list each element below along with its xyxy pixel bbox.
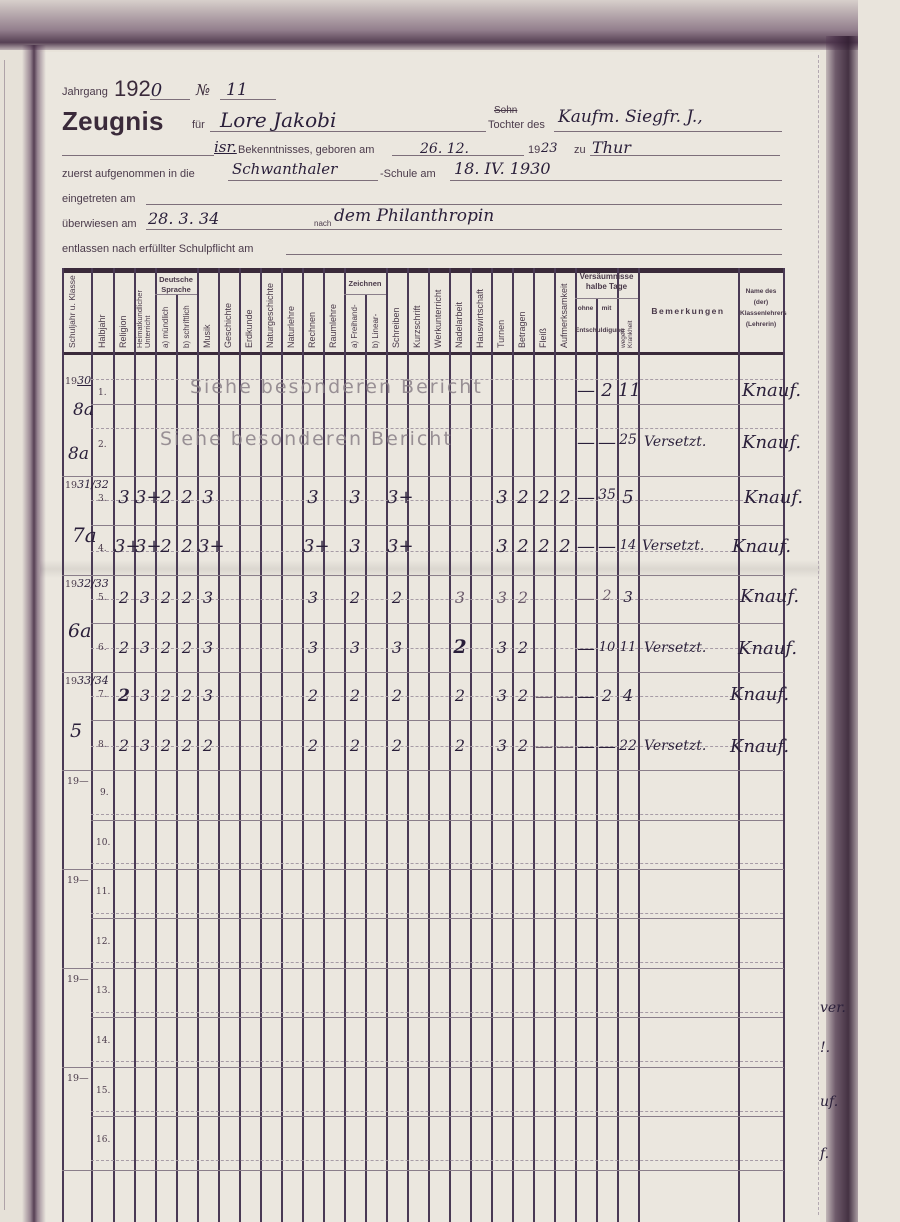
grade-muendlich: 2 (156, 487, 176, 508)
klasse-5: 5 (70, 720, 82, 742)
row-line (91, 820, 783, 821)
grade-krank: 25 (618, 432, 638, 448)
grade-heimat: 3+ (135, 536, 155, 557)
teacher-signature: Knauf. (730, 684, 789, 705)
year-line (62, 575, 784, 576)
zu-label: zu (574, 144, 586, 156)
paper-edge-perforation (818, 55, 819, 1215)
year-line (62, 476, 784, 477)
teacher-signature: Knauf. (730, 736, 789, 757)
grade-nadelarbeit: 2 (450, 736, 470, 755)
grade-heimat: 3 (135, 588, 155, 607)
col-header-betragen: Betragen (517, 276, 527, 348)
versaeumnisse-rule (575, 298, 638, 299)
col-header-ohne: ohne (575, 304, 596, 314)
col-header-schreiben: Schreiben (391, 276, 401, 348)
grade-krank: 5 (618, 487, 638, 508)
grade-religion: 2 (114, 736, 134, 755)
row-line (91, 918, 783, 919)
grade-religion: 2 (114, 638, 134, 657)
grade-heimat: 3 (135, 686, 155, 705)
year-line (62, 869, 784, 870)
confession-underline-left (62, 155, 214, 156)
halbjahr-8: 8. (98, 740, 107, 750)
ueberwiesen-date: 28. 3. 34 (148, 209, 219, 228)
col-header-turnen: Turnen (496, 276, 506, 348)
underlying-page-scribble: ver. (820, 1000, 846, 1016)
aufgenommen-date-underline (450, 180, 782, 181)
grade-nadelarbeit: 3 (450, 588, 470, 607)
group-header-versaeumnisse: Versäumnisse halbe Tage (575, 272, 638, 292)
grade-betragen: 2 (513, 736, 533, 755)
col-line (239, 268, 241, 1222)
col-header-heimat: Heimatkundlicher Unterricht (136, 276, 154, 348)
group-header-zeichnen: Zeichnen (344, 279, 386, 289)
halbjahr-6: 6. (98, 643, 107, 653)
ueberwiesen-label: überwiesen am (62, 218, 137, 230)
grade-schriftlich: 2 (177, 536, 197, 557)
grade-betragen: 2 (513, 536, 533, 557)
number-sign: № (196, 81, 210, 99)
jahrgang-year-hand: 0 (151, 80, 162, 101)
col-header-halbjahr: Halbjahr (97, 276, 107, 348)
grade-rechnen: 2 (303, 686, 323, 705)
schuljahr-1933-34: 1933/34 (65, 674, 109, 687)
halbjahr-1: 1. (98, 388, 107, 398)
col-header-schuljahr: Schuljahr u. Klasse (68, 276, 77, 348)
grade-turnen: 3 (492, 686, 512, 705)
klasse-8a-1: 8a (73, 400, 94, 420)
row-midline (91, 1160, 783, 1161)
birth-date-underline (392, 155, 524, 156)
grade-ohne: — (576, 432, 596, 453)
underlying-page-scribble: !. (820, 1040, 830, 1056)
col-line (218, 268, 220, 1222)
grade-krank: 11 (618, 640, 638, 655)
table-header-rule (62, 352, 784, 355)
remark-versetzt: Versetzt. (644, 434, 706, 450)
grade-rechnen: 3 (303, 588, 323, 607)
row-midline (91, 913, 783, 914)
col-header-aufmerksamkeit: Aufmerksamkeit (559, 276, 569, 348)
grade-religion: 2 (114, 686, 134, 706)
jahrgang-label: Jahrgang (62, 86, 108, 98)
grade-schreiben: 2 (387, 686, 407, 705)
col-line (260, 268, 262, 1222)
col-line (638, 268, 640, 1222)
row-midline (91, 1111, 783, 1112)
remark-versetzt: Versetzt. (644, 640, 706, 656)
sohn-label-struck: Sohn (494, 105, 517, 116)
year-line (62, 770, 784, 771)
grade-freihand: 3 (345, 536, 365, 557)
col-header-naturgeschichte: Naturgeschichte (265, 276, 275, 348)
halbjahr-15: 15. (96, 1086, 110, 1096)
stamp-besonderer-bericht: Siehe besonderen Bericht (160, 428, 453, 450)
entlassen-label: entlassen nach erfüllter Schulpflicht am (62, 243, 253, 255)
klasse-8a-2: 8a (68, 444, 89, 464)
halbjahr-13: 13. (96, 986, 110, 996)
stamp-besonderer-bericht: Siehe besonderen Bericht (190, 376, 483, 398)
grade-betragen: 2 (513, 638, 533, 657)
remark-versetzt: Versetzt. (642, 538, 704, 554)
birth-place-underline (590, 155, 780, 156)
grade-fleiss: — (534, 686, 554, 707)
schuljahr-1932-33: 1932/33 (65, 577, 109, 590)
grade-schriftlich: 2 (177, 588, 197, 607)
klasse-6a: 6a (68, 620, 91, 642)
ueberwiesen-to-school: dem Philanthropin (334, 206, 494, 226)
grade-mit: 2 (597, 686, 617, 705)
grade-schreiben: 3+ (387, 487, 407, 508)
grade-fleiss: 2 (534, 536, 554, 557)
year-line (62, 968, 784, 969)
grade-schreiben: 3 (387, 638, 407, 657)
entlassen-underline (286, 254, 782, 255)
grade-krank: 3 (618, 588, 638, 606)
halbjahr-2: 2. (98, 440, 107, 450)
grade-rechnen: 3 (303, 638, 323, 657)
grade-rechnen: 3+ (303, 536, 323, 557)
scan-top-shadow (0, 0, 900, 50)
row-line (91, 404, 783, 405)
scan-right-frame (826, 36, 858, 1222)
grade-muendlich: 2 (156, 536, 176, 557)
schule-am-label: -Schule am (380, 168, 436, 180)
grade-betragen: 2 (513, 686, 533, 705)
year-line (62, 1067, 784, 1068)
grade-mit: — (597, 736, 617, 757)
grade-mit: 10 (597, 640, 617, 655)
scan-edge-line (4, 60, 5, 1210)
grade-ohne: — (576, 686, 596, 707)
col-line (281, 268, 283, 1222)
col-header-lehrer: Name des (der) Klassenlehrers (Lehrerin) (740, 286, 782, 330)
confession-value: isr. (214, 138, 237, 156)
grade-krank: 22 (618, 738, 638, 754)
grade-aufmerksamkeit: 2 (555, 536, 575, 557)
col-header-fleiss: Fleiß (538, 276, 548, 348)
halbjahr-14: 14. (96, 1036, 110, 1046)
scan-binding-shadow (22, 45, 46, 1222)
teacher-signature: Knauf. (742, 380, 801, 401)
grade-freihand: 3 (345, 638, 365, 657)
aufgenommen-label: zuerst aufgenommen in die (62, 168, 195, 180)
col-line (470, 268, 472, 1222)
grade-musik: 2 (198, 736, 218, 755)
col-line (62, 268, 64, 1222)
number-underline (220, 99, 276, 100)
grade-heimat: 3 (135, 638, 155, 657)
group-header-deutsche-sprache: Deutsche Sprache (155, 275, 197, 295)
table-top-rule (62, 268, 784, 273)
col-header-muendlich: a) mündlich (161, 298, 170, 348)
grade-ohne: — (576, 638, 596, 659)
teacher-signature: Knauf. (732, 536, 791, 557)
birth-year-hand: 23 (541, 141, 558, 156)
grade-schreiben: 2 (387, 736, 407, 755)
eingetreten-underline (146, 204, 782, 205)
schuljahr-blank: 19— (67, 974, 89, 985)
schuljahr-1931-32: 1931/32 (65, 478, 109, 491)
grade-fleiss: — (534, 736, 554, 757)
halbjahr-3: 3. (98, 494, 107, 504)
grade-schreiben: 3+ (387, 536, 407, 557)
col-header-erdkunde: Erdkunde (244, 276, 254, 348)
grade-musik: 3 (198, 638, 218, 657)
certificate-title: Zeugnis (62, 106, 164, 137)
grade-turnen: 3 (492, 736, 512, 755)
school-name: Schwanthaler (232, 160, 337, 178)
col-header-mit: mit (596, 304, 617, 314)
col-header-bemerkungen: Bemerkungen (638, 306, 738, 316)
grade-ohne: — (576, 736, 596, 757)
grade-freihand: 2 (345, 686, 365, 705)
row-line (91, 1017, 783, 1018)
halbjahr-11: 11. (96, 887, 110, 897)
grade-schreiben: 2 (387, 588, 407, 607)
tochter-label: Tochter des (488, 119, 545, 131)
grade-schriftlich: 2 (177, 686, 197, 705)
halbjahr-5: 5. (98, 593, 107, 603)
grade-schriftlich: 2 (177, 638, 197, 657)
certificate-number: 11 (226, 80, 248, 100)
halbjahr-9: 9. (100, 788, 109, 798)
row-line (91, 525, 783, 526)
ueberwiesen-underline (146, 229, 782, 230)
grade-heimat: 3+ (135, 487, 155, 508)
fuer-label: für (192, 119, 205, 131)
grade-rechnen: 3 (303, 487, 323, 508)
zeichnen-rule (344, 294, 386, 295)
grade-fleiss: 2 (534, 487, 554, 508)
col-header-nadelarbeit: Nadelarbeit (454, 276, 464, 348)
school-underline (228, 180, 378, 181)
row-midline (91, 962, 783, 963)
halbjahr-16: 16. (96, 1135, 110, 1145)
row-line (91, 1116, 783, 1117)
parent-underline (554, 131, 782, 132)
col-header-musik: Musik (202, 276, 212, 348)
schuljahr-blank: 19— (67, 776, 89, 787)
grade-musik: 3 (198, 588, 218, 607)
grade-muendlich: 2 (156, 736, 176, 755)
row-midline (91, 814, 783, 815)
col-header-kurzschrift: Kurzschrift (412, 276, 422, 348)
col-header-geschichte: Geschichte (223, 276, 233, 348)
row-midline (91, 1012, 783, 1013)
year-line (62, 1170, 784, 1171)
year-line (62, 672, 784, 673)
grade-nadelarbeit: 2 (450, 686, 470, 705)
grade-heimat: 3 (135, 736, 155, 755)
col-header-naturlehre: Naturlehre (286, 276, 296, 348)
grade-muendlich: 2 (156, 638, 176, 657)
col-line (428, 268, 430, 1222)
grade-mit: — (597, 432, 617, 453)
teacher-signature: Knauf. (742, 432, 801, 453)
grade-mit: 35 (597, 487, 617, 503)
grade-mit: 2 (597, 380, 617, 401)
grade-nadelarbeit: 2 (450, 636, 470, 658)
grade-krank: 11 (618, 380, 638, 401)
col-header-werkunterricht: Werkunterricht (433, 276, 443, 348)
student-name: Lore Jakobi (220, 108, 336, 132)
row-midline (91, 863, 783, 864)
grade-ohne: — (576, 536, 596, 557)
col-header-freihand: a) Freihand- (350, 298, 359, 348)
halbjahr-7: 7. (98, 690, 107, 700)
grade-turnen: 3 (492, 536, 512, 557)
grade-betragen: 2 (513, 588, 533, 607)
teacher-signature: Knauf. (744, 487, 803, 508)
grade-schriftlich: 2 (177, 487, 197, 508)
grade-mit: — (597, 536, 617, 557)
col-header-raumlehre: Raumlehre (328, 276, 338, 348)
grade-religion: 3+ (114, 536, 134, 557)
name-underline (210, 131, 486, 132)
halbjahr-10: 10. (96, 838, 110, 848)
grade-musik: 3 (198, 487, 218, 508)
col-header-rechnen: Rechnen (307, 276, 317, 348)
grade-ohne: — (576, 588, 596, 609)
grade-krank: 4 (618, 686, 638, 705)
underlying-page-scribble: f. (820, 1146, 829, 1162)
klasse-7a: 7a (72, 523, 97, 547)
grade-religion: 3 (114, 487, 134, 508)
col-header-hauswirtschaft: Hauswirtschaft (475, 276, 485, 348)
halbjahr-12: 12. (96, 937, 110, 947)
grade-religion: 2 (114, 588, 134, 607)
schuljahr-blank: 19— (67, 875, 89, 886)
grade-turnen: 3 (492, 588, 512, 607)
schuljahr-blank: 19— (67, 1073, 89, 1084)
grade-muendlich: 2 (156, 588, 176, 607)
grade-musik: 3 (198, 686, 218, 705)
halbjahr-4: 4. (98, 544, 107, 554)
grade-mit: 2 (597, 588, 617, 604)
col-line (407, 268, 409, 1222)
remark-versetzt: Versetzt. (644, 738, 706, 754)
grade-aufmerksamkeit: 2 (555, 487, 575, 508)
underlying-page-scribble: uf. (820, 1094, 838, 1110)
row-line (91, 623, 783, 624)
grade-freihand: 2 (345, 588, 365, 607)
grade-freihand: 3 (345, 487, 365, 508)
grade-muendlich: 2 (156, 686, 176, 705)
col-header-linear: b) Linear- (371, 298, 380, 348)
aufgenommen-date: 18. IV. 1930 (454, 159, 551, 178)
grade-rechnen: 2 (303, 736, 323, 755)
birth-year-prefix: 19 (528, 144, 540, 156)
grade-freihand: 2 (345, 736, 365, 755)
col-header-entschuldigung: Entschuldigung (575, 326, 617, 336)
grade-musik: 3+ (198, 536, 218, 557)
col-header-religion: Religion (118, 276, 128, 348)
col-header-krankheit: wegen Krankheit (620, 308, 635, 348)
eingetreten-label: eingetreten am (62, 193, 135, 205)
grade-ohne: — (576, 487, 596, 508)
row-midline (91, 1061, 783, 1062)
grades-table: Schuljahr u. Klasse Halbjahr Religion He… (62, 268, 784, 1222)
jahrgang-underline (150, 99, 190, 100)
grade-aufmerksamkeit: — (555, 736, 575, 757)
grade-ohne: — (576, 380, 596, 401)
parent-name: Kaufm. Siegfr. J., (558, 107, 703, 127)
row-line (91, 720, 783, 721)
nach-label: nach (314, 219, 331, 228)
grade-betragen: 2 (513, 487, 533, 508)
schuljahr-1930: 1930 (65, 374, 91, 387)
col-line (323, 268, 325, 1222)
grade-turnen: 3 (492, 487, 512, 508)
col-header-schriftlich: b) schriftlich (182, 298, 191, 348)
grade-krank: 14 (618, 538, 638, 553)
grade-aufmerksamkeit: — (555, 686, 575, 707)
grade-schriftlich: 2 (177, 736, 197, 755)
confession-label: Bekenntnisses, geboren am (238, 144, 374, 156)
underlying-page (858, 0, 900, 1222)
teacher-signature: Knauf. (738, 638, 797, 659)
teacher-signature: Knauf. (740, 586, 799, 607)
grade-turnen: 3 (492, 638, 512, 657)
